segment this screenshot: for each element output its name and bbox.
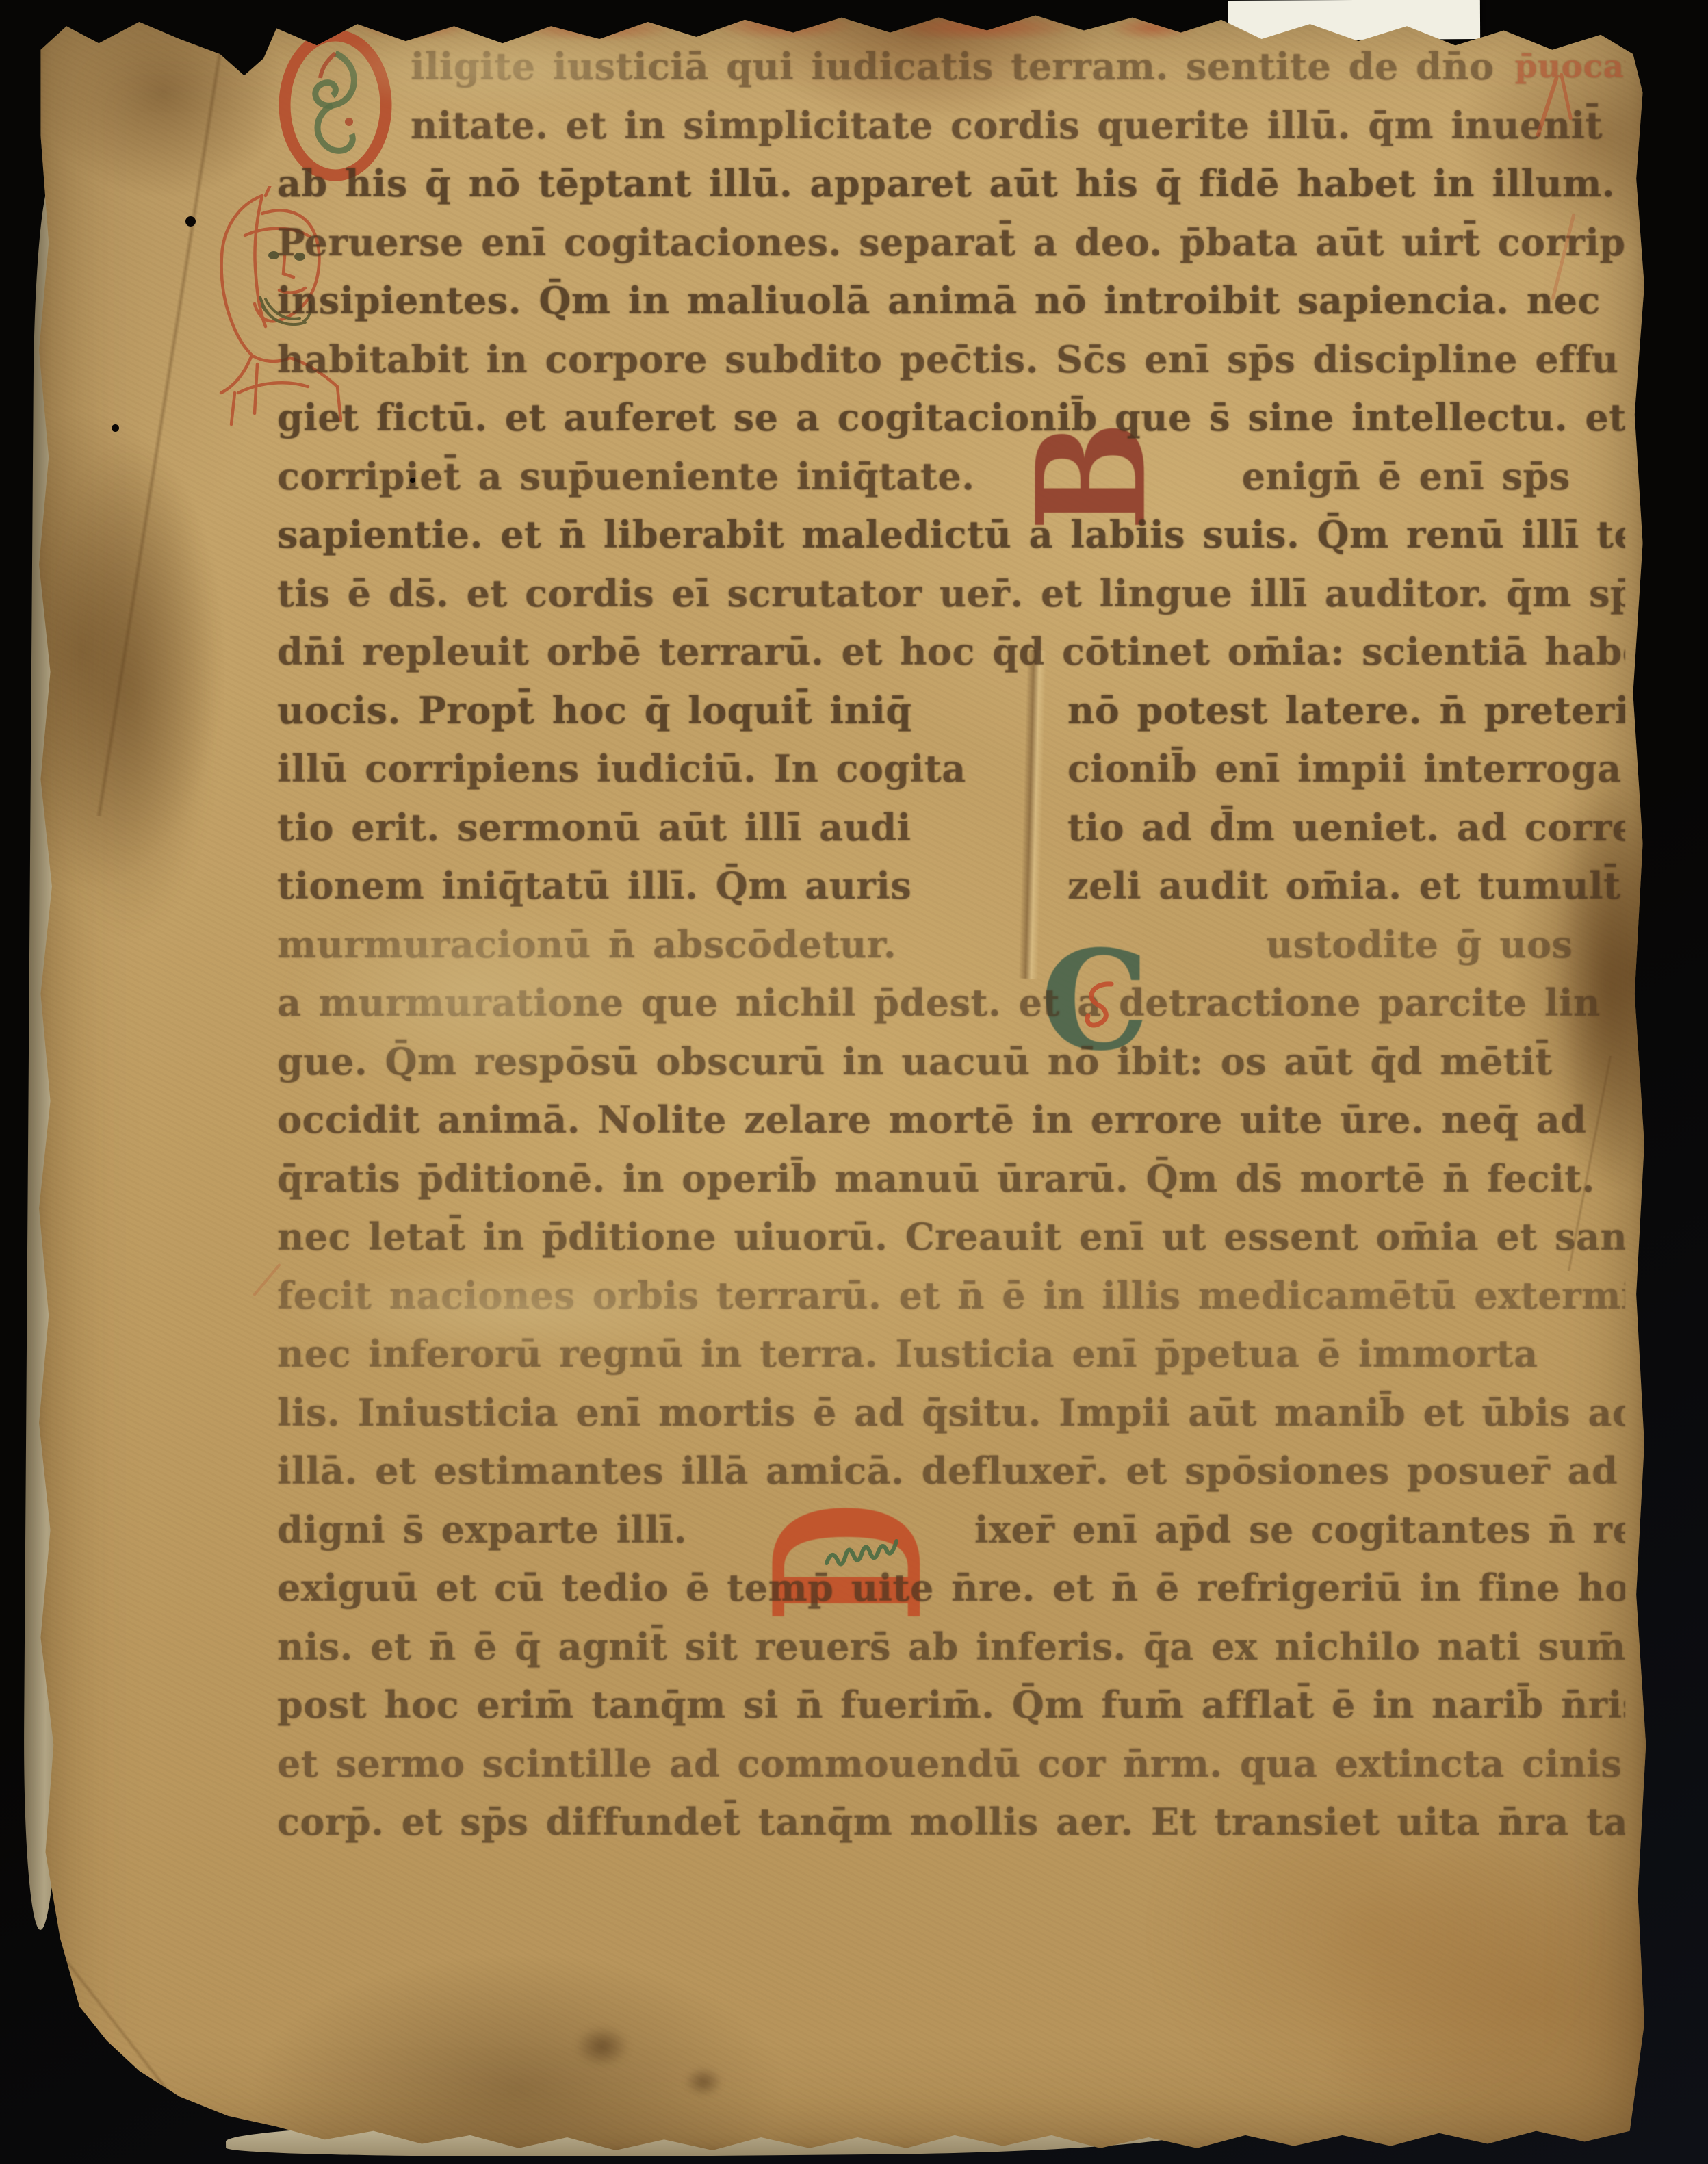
text-line: exiguū et cū tedio ē temp̄ uite n̄re. et… <box>277 1559 1625 1618</box>
text-line: tis ē ds̄. et cordis eī scrutator uer̄. … <box>277 565 1625 623</box>
parchment-gap <box>992 723 1067 723</box>
text-line: occidit animā. Nolite zelare mortē in er… <box>277 1091 1625 1150</box>
text-line: Peruerse enī cogitaciones. separat̄ a de… <box>277 214 1625 272</box>
parchment-gap <box>896 957 1266 957</box>
text-line: corripiet̄ a sup̄ueniente iniq̄tate.enig… <box>277 448 1625 506</box>
text-line: corp̄. et sp̄s diffundet̄ tanq̄m mollis … <box>277 1793 1625 1852</box>
text-segment: habitabit in corpore subdito pec̄tis. Sc… <box>277 331 1618 389</box>
trimmed-rubric-fragment <box>1109 16 1198 40</box>
stain <box>684 2067 723 2097</box>
parchment-gap <box>1494 79 1515 79</box>
text-segment: exiguū et cū tedio ē temp̄ uite n̄re. et… <box>277 1559 1625 1618</box>
text-segment: ixer̄ enī ap̄d se cogitantes n̄ recte <box>974 1501 1625 1560</box>
text-segment: nitate. et in simplicitate cordis querit… <box>411 96 1603 155</box>
text-line: nec letat̄ in p̄ditione uiuorū. Creauit … <box>277 1208 1625 1267</box>
trimmed-rubric-fragment <box>712 11 855 40</box>
parchment-gap <box>992 781 1067 782</box>
text-line: habitabit in corpore subdito pec̄tis. Sc… <box>277 331 1625 389</box>
text-segment: cionib̄ enī impii interroga <box>1067 740 1622 799</box>
text-segment: uocis. Propt̄ hoc q̄ loquit̄ iniq̄ <box>277 682 992 740</box>
manuscript-page: B C D iligite iusticiā qui iudicatis ter… <box>34 7 1649 2152</box>
text-segment: Peruerse enī cogitaciones. separat̄ a de… <box>277 214 1625 272</box>
white-label-tab <box>1228 0 1480 40</box>
text-line: lis. Iniusticia enī mortis ē ad q̄situ. … <box>277 1384 1625 1443</box>
text-segment: tio ad d̄m ueniet. ad correp <box>1067 799 1625 858</box>
text-segment: nō potest latere. n̄ preteribit <box>1067 682 1625 740</box>
text-segment: illū corripiens iudiciū. In cogita <box>277 740 992 799</box>
text-segment: enign̄ ē enī sp̄s <box>1242 448 1570 506</box>
text-line: et sermo scintille ad commouendū cor n̄r… <box>277 1735 1625 1794</box>
text-line: nis. et n̄ ē q̄ agnit̄ sit reuers̄ ab in… <box>277 1618 1625 1677</box>
text-line: uocis. Propt̄ hoc q̄ loquit̄ iniq̄nō pot… <box>277 682 1625 740</box>
text-line: insipientes. Q̄m in maliuolā animā nō in… <box>277 272 1625 331</box>
wormhole <box>112 424 119 432</box>
text-line: tio erit. sermonū aūt illī auditio ad d̄… <box>277 799 1625 858</box>
text-line: q̄ratis p̄ditionē. in operib̄ manuū ūrar… <box>277 1150 1625 1209</box>
text-segment: ustodite ḡ uos <box>1266 916 1573 975</box>
text-segment: corripiet̄ a sup̄ueniente iniq̄tate. <box>277 448 975 506</box>
text-segment: tis ē ds̄. et cordis eī scrutator uer̄. … <box>277 565 1625 623</box>
text-segment: illā. et estimantes illā amicā. defluxer… <box>277 1442 1625 1501</box>
wormhole <box>410 478 415 483</box>
trimmed-rubric-fragment <box>883 14 1081 41</box>
initial-D-green-squiggle <box>821 1538 924 1573</box>
text-segment: post hoc erim̄ tanq̄m si n̄ fuerim̄. Q̄m… <box>277 1676 1625 1735</box>
text-line: dn̄i repleuit orbē terrarū. et hoc q̄d c… <box>277 623 1625 682</box>
text-segment: tio erit. sermonū aūt illī audi <box>277 799 992 858</box>
rubric-gloss: p̄uocat <box>1515 38 1625 96</box>
text-segment: occidit animā. Nolite zelare mortē in er… <box>277 1091 1587 1150</box>
text-segment: dn̄i repleuit orbē terrarū. et hoc q̄d c… <box>277 623 1625 682</box>
text-line: ab his q̄ nō tēptant illū. apparet aūt h… <box>277 155 1625 214</box>
text-segment: digni s̄ exparte illī. <box>277 1501 687 1560</box>
text-segment: ab his q̄ nō tēptant illū. apparet aūt h… <box>277 155 1615 214</box>
text-segment: corp̄. et sp̄s diffundet̄ tanq̄m mollis … <box>277 1793 1625 1852</box>
text-line: illā. et estimantes illā amicā. defluxer… <box>277 1442 1625 1501</box>
text-line: sapientie. et n̄ liberabit maledictū a l… <box>277 506 1625 565</box>
text-segment: zeli audit om̄ia. et tumult̄ <box>1067 857 1621 916</box>
worn-patch <box>287 897 657 1088</box>
initial-C-red-curl <box>1078 979 1126 1040</box>
text-line: post hoc erim̄ tanq̄m si n̄ fuerim̄. Q̄m… <box>277 1676 1625 1735</box>
text-line: digni s̄ exparte illī.ixer̄ enī ap̄d se … <box>277 1501 1625 1560</box>
text-segment: nis. et n̄ ē q̄ agnit̄ sit reuers̄ ab in… <box>277 1618 1625 1677</box>
parchment-gap <box>975 489 1242 489</box>
parchment-gap <box>992 840 1067 840</box>
wormhole <box>185 216 196 227</box>
photo-background: { "document": { "kind": "medieval-manusc… <box>0 0 1708 2164</box>
stain <box>40 445 218 938</box>
text-segment: tionem iniq̄tatū illī. Q̄m auris <box>277 857 992 916</box>
text-segment: insipientes. Q̄m in maliuolā animā nō in… <box>277 272 1601 331</box>
parchment-gap <box>992 898 1067 899</box>
text-segment: sapientie. et n̄ liberabit maledictū a l… <box>277 506 1625 565</box>
text-segment: giet fictū. et auferet se a cogitacionib… <box>277 389 1625 448</box>
text-segment: nec letat̄ in p̄ditione uiuorū. Creauit … <box>277 1208 1625 1267</box>
text-line: giet fictū. et auferet se a cogitacionib… <box>277 389 1625 448</box>
stain <box>575 2026 630 2067</box>
text-line: illū corripiens iudiciū. In cogitacionib… <box>277 740 1625 799</box>
text-segment: et sermo scintille ad commouendū cor n̄r… <box>277 1735 1625 1794</box>
text-segment: q̄ratis p̄ditionē. in operib̄ manuū ūrar… <box>277 1150 1595 1209</box>
worn-patch <box>274 1266 766 1355</box>
text-segment: lis. Iniusticia enī mortis ē ad q̄situ. … <box>277 1384 1625 1443</box>
worn-patch <box>322 27 677 110</box>
